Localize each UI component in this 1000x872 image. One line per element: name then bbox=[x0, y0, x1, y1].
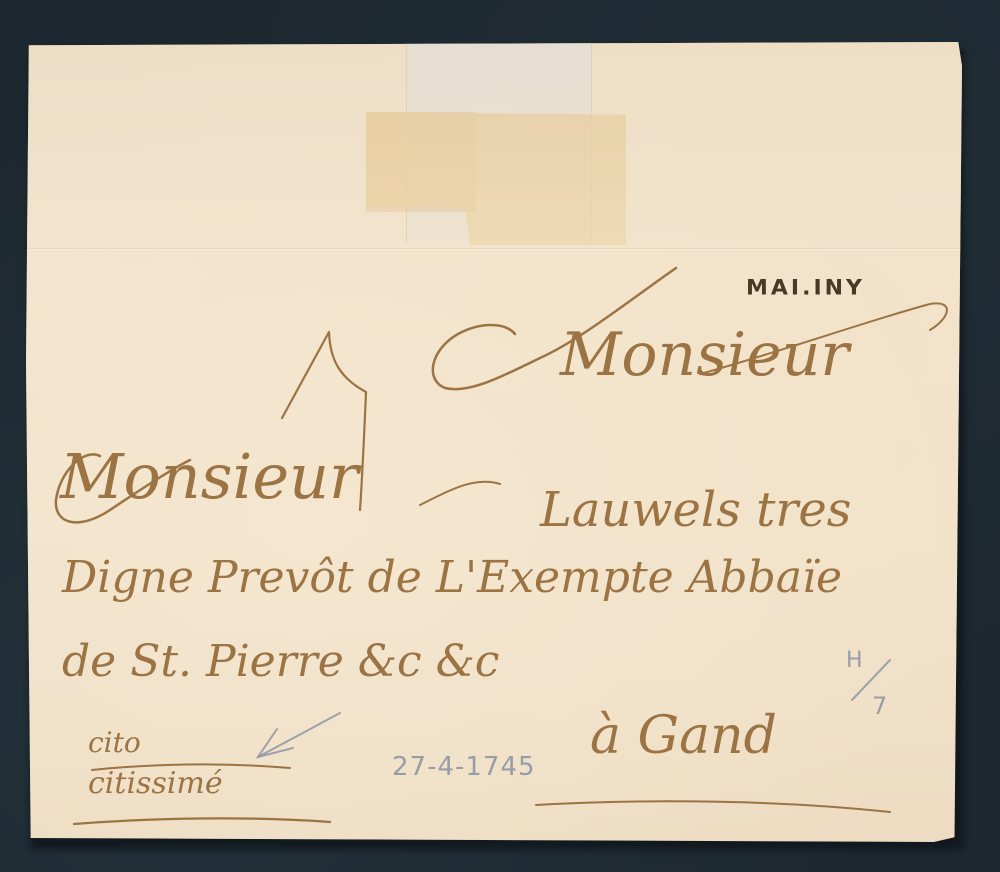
annotation-cito: cito bbox=[88, 726, 141, 759]
address-line-city: à Gand bbox=[590, 706, 777, 766]
ink-strokes bbox=[0, 0, 1000, 872]
pencil-ref-bottom: 7 bbox=[872, 692, 887, 720]
address-line-abbey: de St. Pierre &c &c bbox=[62, 636, 499, 687]
address-line-name: Lauwels tres bbox=[540, 482, 851, 538]
underline-gand bbox=[536, 801, 890, 812]
postmark: MAI.INY bbox=[746, 277, 865, 301]
address-line-title: Digne Prevôt de L'Exempte Abbaïe bbox=[62, 552, 842, 603]
annotation-citissime: citissimé bbox=[88, 766, 223, 801]
arrow-down-left-icon bbox=[258, 713, 340, 757]
address-line-monsieur: Monsieur bbox=[560, 320, 849, 390]
address-line-monsieur-2: Monsieur bbox=[60, 440, 359, 513]
pencil-ref-top: H bbox=[846, 648, 863, 673]
pencil-date: 27-4-1745 bbox=[392, 752, 536, 782]
flourish-connector bbox=[420, 482, 500, 505]
underline-citissime bbox=[74, 818, 330, 824]
